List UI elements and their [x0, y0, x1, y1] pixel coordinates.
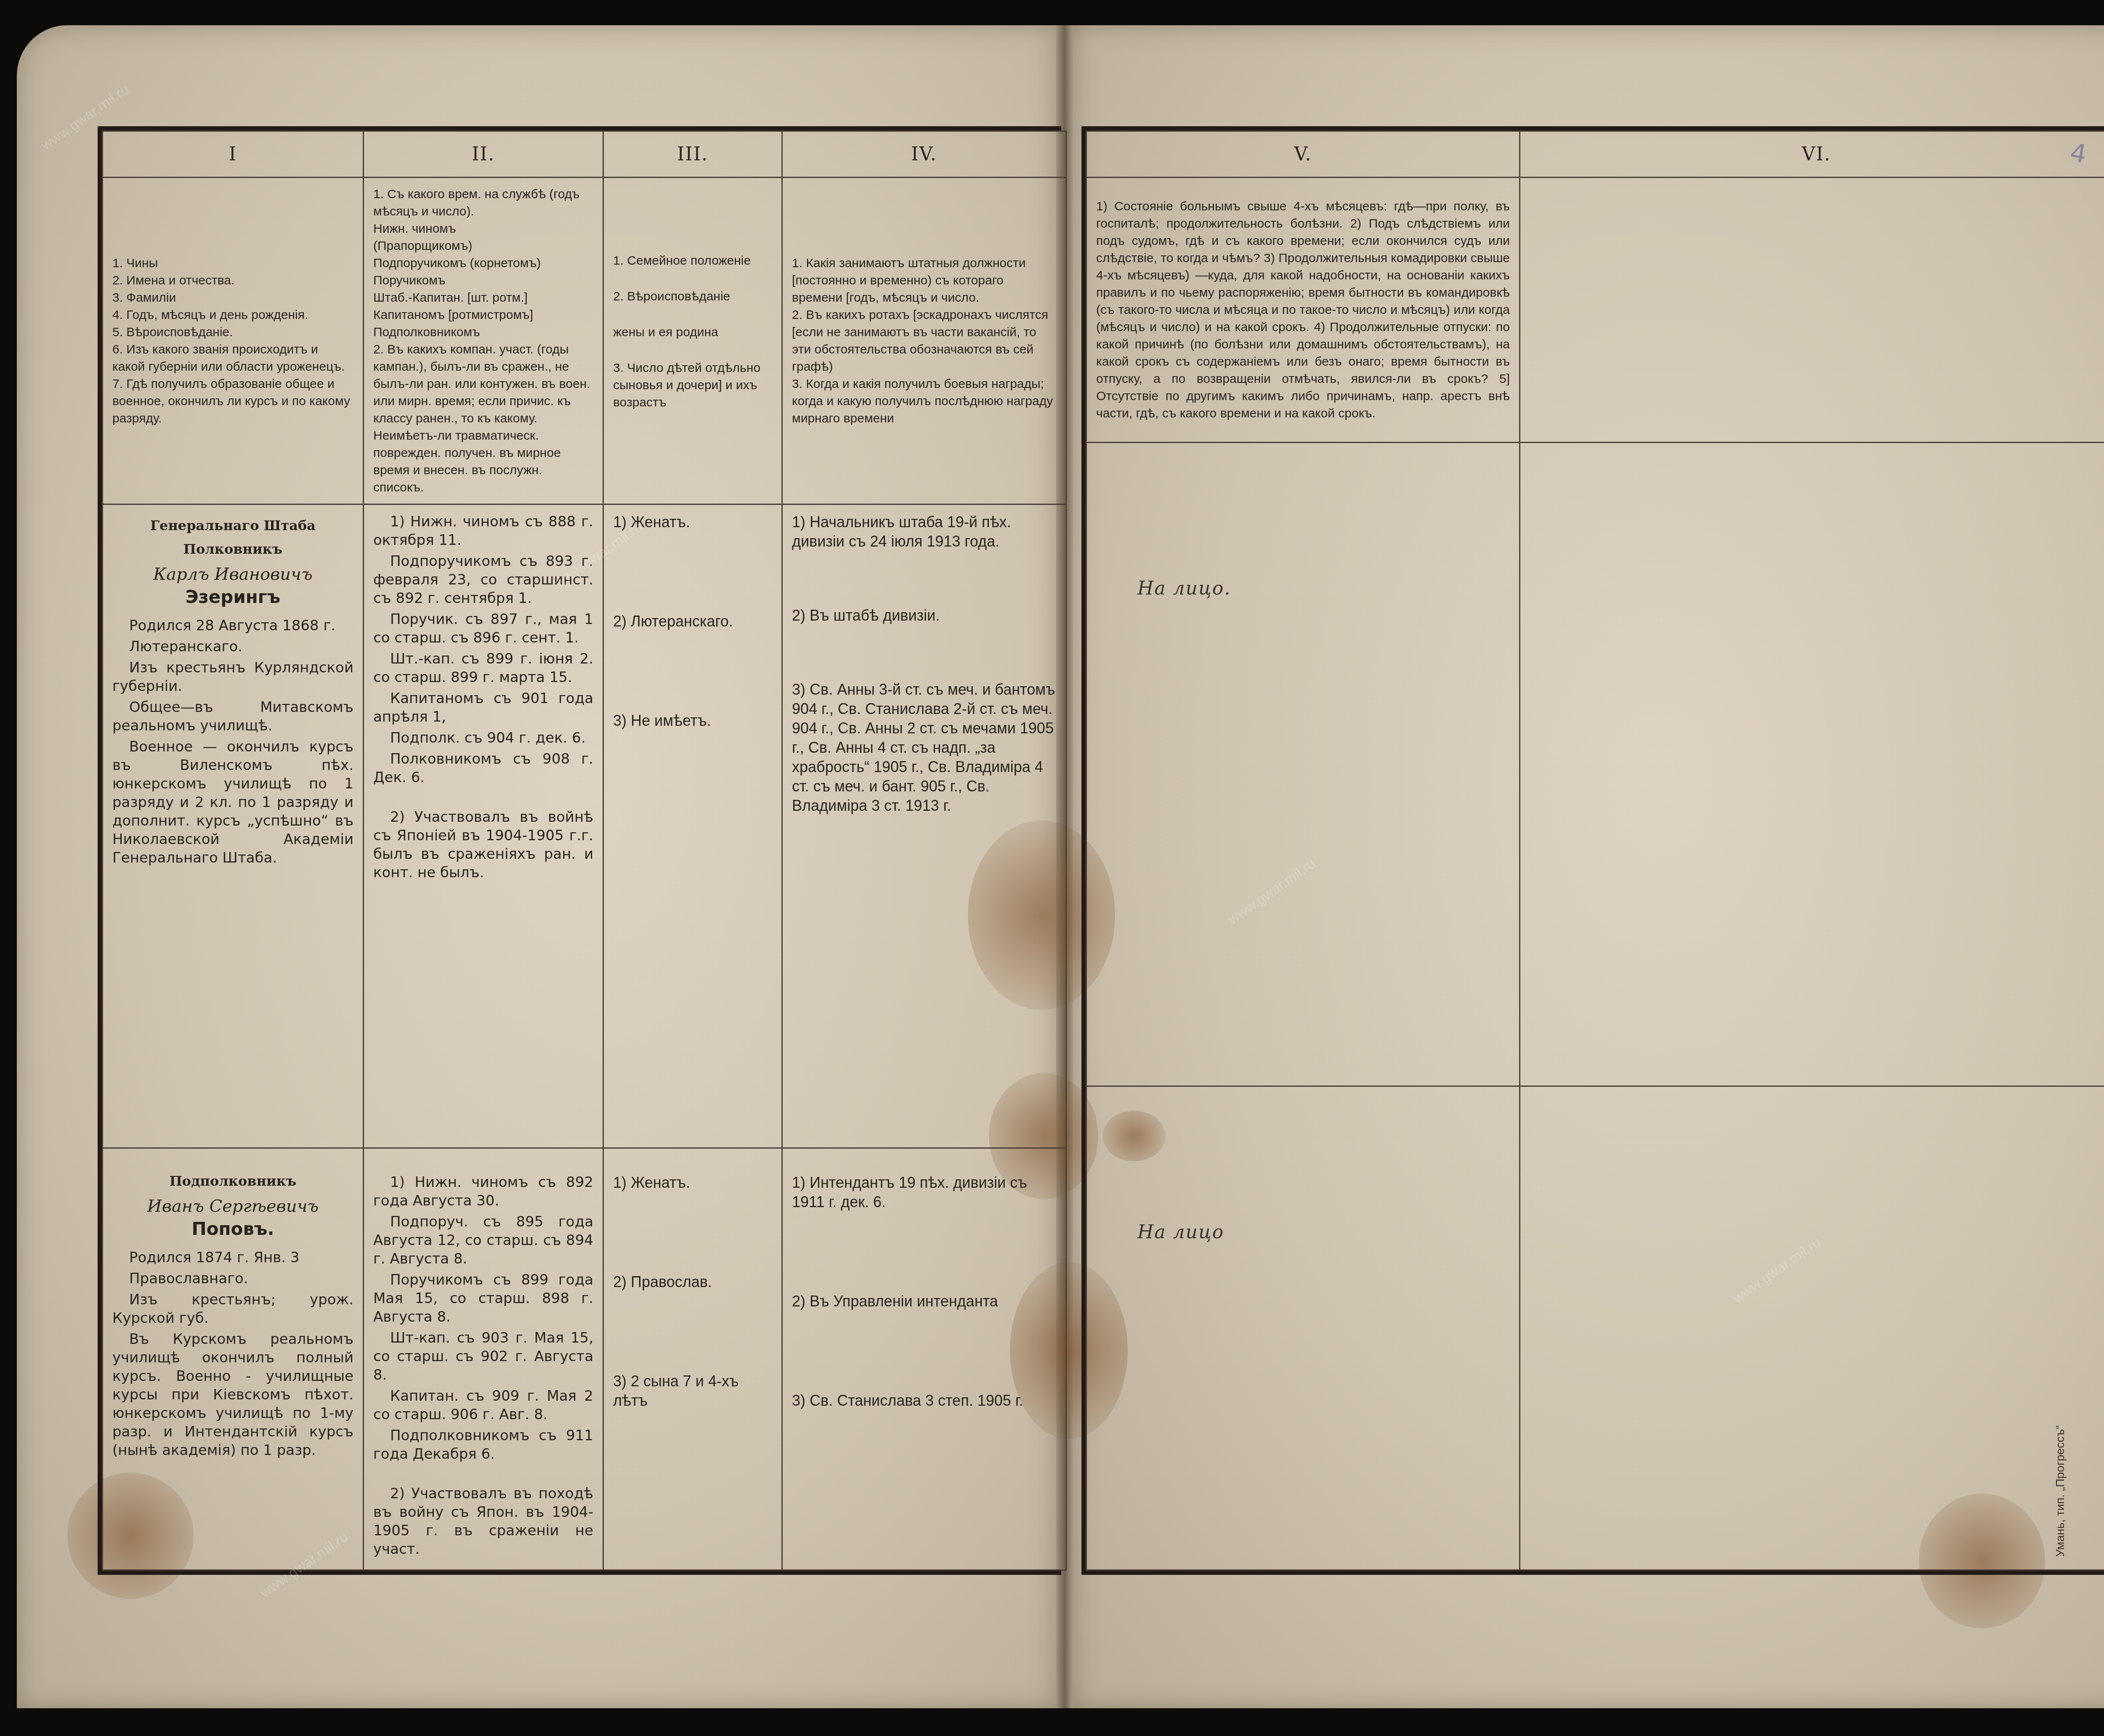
record-row: На лицо. — [1087, 443, 2104, 1086]
legend-item: 1. Съ какого врем. на службѣ (годъ мѣсяц… — [373, 186, 593, 220]
legend-item: 3. Фамиліи — [112, 289, 353, 306]
service-entry: Подпоручикомъ съ 893 г. февраля 23, со с… — [373, 552, 593, 608]
record-positions: 1) Начальникъ штаба 19-й пѣх. дивизіи съ… — [782, 504, 1066, 1148]
service-entry: Подполковникомъ съ 911 года Декабря 6. — [373, 1426, 593, 1463]
record-identity: Генеральнаго Штаба Полковникъ Карлъ Иван… — [103, 504, 364, 1148]
handwritten-note: На лицо. — [1137, 578, 1231, 599]
legend-item: 5. Вѣроисповѣданіе. — [112, 324, 353, 341]
marital-status: 1) Женатъ. — [613, 512, 772, 532]
record-absences: На лицо. — [1087, 443, 1520, 1086]
record-service: 1) Нижн. чиномъ съ 888 г. октября 11. По… — [364, 504, 603, 1148]
legend-item: 4. Годъ, мѣсяцъ и день рожденія. — [112, 306, 353, 324]
marital-status: 1) Женатъ. — [613, 1173, 772, 1192]
legend-col5: 1) Состояніе больнымъ свыше 4-хъ мѣсяцев… — [1087, 178, 1520, 443]
general-education: Общее—въ Митавскомъ реальномъ училищѣ. — [112, 698, 353, 735]
rank: Полковникъ — [112, 541, 353, 557]
legend-item: 2. Вѣроисповѣданіе — [613, 288, 772, 305]
column-header-IV: IV. — [782, 131, 1066, 178]
children: 3) 2 сына 7 и 4-хъ лѣтъ — [613, 1372, 772, 1410]
wife-religion: 2) Лютеранскаго. — [613, 612, 772, 631]
surname: Поповъ. — [112, 1218, 353, 1239]
record-family: 1) Женатъ. 2) Православ. 3) 2 сына 7 и 4… — [603, 1148, 782, 1570]
service-entry: Капитан. съ 909 г. Мая 2 со старш. 906 г… — [373, 1387, 593, 1424]
legend-item: 1. Семейное положеніе — [613, 252, 772, 269]
column-header-II: II. — [364, 131, 603, 178]
left-table-frame: I II. III. IV. 1. Чины 2. Имена и отчест… — [98, 126, 1061, 1575]
printer-imprint: Умань, тип. „Прогрессъ“ — [2054, 1425, 2067, 1557]
record-row: Генеральнаго Штаба Полковникъ Карлъ Иван… — [103, 504, 1066, 1148]
awards: 3) Св. Анны 3-й ст. съ меч. и бантомъ 90… — [792, 680, 1056, 815]
religion: 2) Православ. — [613, 1272, 772, 1292]
rank: Подполковникъ — [112, 1173, 353, 1189]
military-education: Военное — окончилъ курсъ въ Виленскомъ п… — [112, 738, 353, 867]
service-entry: Шт.-кап. съ 899 г. іюня 2. со старш. 899… — [373, 650, 593, 687]
awards: 3) Св. Станислава 3 степ. 1905 г. — [792, 1391, 1056, 1410]
legend-item: 3. Число дѣтей отдѣльно сыновья и дочери… — [613, 359, 772, 411]
legend-item: Подпоручикомъ (корнетомъ) — [373, 255, 593, 272]
education: Въ Курскомъ реальномъ училищѣ окончилъ п… — [112, 1330, 353, 1460]
column-header-V: V. — [1087, 131, 1520, 178]
service-entry: Подполк. съ 904 г. дек. 6. — [373, 729, 593, 747]
service-entry: Поручикомъ съ 899 года Мая 15, со старш.… — [373, 1271, 593, 1326]
service-record-table-left: I II. III. IV. 1. Чины 2. Имена и отчест… — [102, 130, 1067, 1571]
campaigns: 2) Участвовалъ въ походѣ въ войну съ Япо… — [373, 1484, 593, 1558]
origin: Изъ крестьянъ; урож. Курской губ. — [112, 1290, 353, 1327]
service-entry: Поручик. съ 897 г., мая 1 со старш. съ 8… — [373, 610, 593, 647]
given-names: Карлъ Ивановичъ — [112, 565, 353, 584]
service-record-table-right: V. VI. 1) Состояніе больнымъ свыше 4-хъ … — [1086, 130, 2104, 1571]
legend-col3: 1. Семейное положеніе 2. Вѣроисповѣданіе… — [603, 178, 782, 504]
record-positions: 1) Интендантъ 19 пѣх. дивизіи съ 1911 г.… — [782, 1148, 1066, 1570]
legend-item: 2. Въ какихъ ротахъ [эскадронахъ числятс… — [792, 306, 1056, 375]
record-service: 1) Нижн. чиномъ съ 892 года Августа 30. … — [364, 1148, 603, 1570]
children: 3) Не имѣетъ. — [613, 711, 772, 730]
service-entry: 1) Нижн. чиномъ съ 888 г. октября 11. — [373, 512, 593, 549]
unit: 2) Въ штабѣ дивизіи. — [792, 606, 1056, 625]
legend-col6 — [1520, 178, 2104, 443]
service-entry: Шт-кап. съ 903 г. Мая 15, со старш. съ 9… — [373, 1329, 593, 1384]
legend-item: Поручикомъ — [373, 272, 593, 289]
origin: Изъ крестьянъ Курляндской губерніи. — [112, 658, 353, 695]
record-col6 — [1520, 1086, 2104, 1570]
religion: Лютеранскаго. — [112, 637, 353, 656]
legend-item: 6. Изъ какого званія происходитъ и какой… — [112, 341, 353, 375]
record-family: 1) Женатъ. 2) Лютеранскаго. 3) Не имѣетъ… — [603, 504, 782, 1148]
record-absences: На лицо — [1087, 1086, 1520, 1570]
service-entry: Полковникомъ съ 908 г. Дек. 6. — [373, 750, 593, 787]
legend-item: 1. Какія занимаютъ штатныя должности [по… — [792, 255, 1056, 306]
legend-col2: 1. Съ какого врем. на службѣ (годъ мѣсяц… — [364, 178, 603, 504]
column-header-III: III. — [603, 131, 782, 178]
surname: Эзерингъ — [112, 587, 353, 607]
handwritten-note: На лицо — [1137, 1221, 1224, 1243]
position: 1) Интендантъ 19 пѣх. дивизіи съ 1911 г.… — [792, 1173, 1056, 1212]
birth-date: Родился 28 Августа 1868 г. — [112, 616, 353, 635]
birth-date: Родился 1874 г. Янв. 3 — [112, 1248, 353, 1267]
record-identity: Подполковникъ Иванъ Сергѣевичъ Поповъ. Р… — [103, 1148, 364, 1570]
legend-col4: 1. Какія занимаютъ штатныя должности [по… — [782, 178, 1066, 504]
service-entry: Капитаномъ съ 901 года апрѣля 1, — [373, 689, 593, 726]
service-entry: 1) Нижн. чиномъ съ 892 года Августа 30. — [373, 1173, 593, 1210]
legend-item: Капитаномъ [ротмистромъ] — [373, 306, 593, 324]
legend-item: Нижн. чиномъ — [373, 220, 593, 237]
record-row: На лицо — [1087, 1086, 2104, 1570]
legend-col1: 1. Чины 2. Имена и отчества. 3. Фамиліи … — [103, 178, 364, 504]
record-row: Подполковникъ Иванъ Сергѣевичъ Поповъ. Р… — [103, 1148, 1066, 1570]
legend-item: 2. Въ какихъ компан. участ. (годы кампан… — [373, 341, 593, 496]
legend-item: Подполковникомъ — [373, 324, 593, 341]
record-col6 — [1520, 443, 2104, 1086]
legend-item: (Прапорщикомъ) — [373, 237, 593, 255]
legend-item: 2. Имена и отчества. — [112, 272, 353, 289]
position: 1) Начальникъ штаба 19-й пѣх. дивизіи съ… — [792, 512, 1056, 551]
rank-line: Генеральнаго Штаба — [112, 518, 353, 534]
legend-item: Штаб.-Капитан. [шт. ротм.] — [373, 289, 593, 306]
unit: 2) Въ Управленіи интенданта — [792, 1292, 1056, 1311]
column-header-I: I — [103, 131, 364, 178]
campaigns: 2) Участвовалъ въ войнѣ съ Японіей въ 19… — [373, 808, 593, 882]
legend-item: 3. Когда и какія получилъ боевыя награды… — [792, 375, 1056, 427]
legend-item: 7. Гдѣ получилъ образованіе общее и воен… — [112, 375, 353, 427]
service-entry: Подпоруч. съ 895 года Августа 12, со ста… — [373, 1213, 593, 1268]
column-header-VI: VI. — [1520, 131, 2104, 178]
given-names: Иванъ Сергѣевичъ — [112, 1197, 353, 1216]
legend-item: 1. Чины — [112, 255, 353, 272]
legend-item: жены и ея родина — [613, 324, 772, 341]
right-table-frame: V. VI. 1) Состояніе больнымъ свыше 4-хъ … — [1081, 126, 2104, 1575]
religion: Православнаго. — [112, 1269, 353, 1288]
